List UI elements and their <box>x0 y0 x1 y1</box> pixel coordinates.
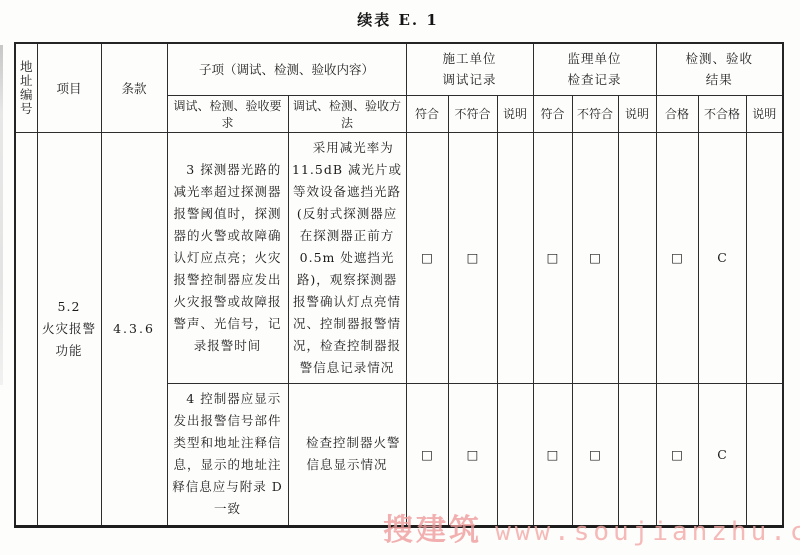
col-header-address-no: 地址编号 <box>15 43 37 132</box>
document-page: 续表 E. 1 地址编号 项目 条款 子项（调试、检测、验收内容） 施工单位 调… <box>0 0 800 555</box>
col-header-construction-nonconform: 不符合 <box>448 95 497 132</box>
construction-conform-checkbox: □ <box>406 132 448 383</box>
col-header-construction-conform: 符合 <box>406 95 448 132</box>
supervision-nonconform-checkbox: □ <box>572 132 618 383</box>
method-cell: 采用减光率为11.5dB 减光片或等效设备遮挡光路(反射式探测器应在探测器正前方… <box>288 132 406 383</box>
clause-cell: 4.3.6 <box>101 132 167 526</box>
col-header-supervision-conform: 符合 <box>533 95 572 132</box>
construction-unit-line2: 调试记录 <box>409 69 531 90</box>
supervision-note-cell <box>618 132 656 383</box>
col-header-clause: 条款 <box>101 43 167 132</box>
construction-note-cell <box>497 132 533 383</box>
supervision-unit-line1: 监理单位 <box>536 48 654 69</box>
construction-nonconform-checkbox: □ <box>448 132 497 383</box>
col-header-result-pass: 合格 <box>656 95 698 132</box>
inspection-result-line1: 检测、验收 <box>659 48 781 69</box>
col-header-result-note: 说明 <box>746 95 783 132</box>
supervision-unit-line2: 检查记录 <box>536 69 654 90</box>
watermark: 搜建筑 www.soujianzhu.cn <box>383 505 800 549</box>
construction-unit-line1: 施工单位 <box>409 48 531 69</box>
col-header-inspection-result: 检测、验收 结果 <box>656 43 783 95</box>
col-header-project: 项目 <box>37 43 101 132</box>
project-code: 5.2 <box>40 296 99 318</box>
result-pass-checkbox: □ <box>656 132 698 383</box>
watermark-url: www.soujianzhu.cn <box>495 517 800 547</box>
watermark-brand: 搜建筑 <box>383 513 482 548</box>
result-fail-mark: C <box>698 132 746 383</box>
supervision-conform-checkbox: □ <box>533 132 572 383</box>
project-cell: 5.2 火灾报警 功能 <box>37 132 101 526</box>
col-header-supervision-note: 说明 <box>618 95 656 132</box>
inspection-result-line2: 结果 <box>659 69 781 90</box>
col-header-construction-note: 说明 <box>497 95 533 132</box>
requirement-cell: 3 探测器光路的减光率超过探测器报警阈值时，探测器的火警或故障确认灯应点亮；火灾… <box>167 132 288 383</box>
result-note-cell <box>746 132 783 383</box>
col-header-supervision-nonconform: 不符合 <box>572 95 618 132</box>
requirement-cell: 4 控制器应显示发出报警信号部件类型和地址注释信息，显示的地址注释信息应与附录 … <box>167 383 288 526</box>
col-header-subitem: 子项（调试、检测、验收内容） <box>167 43 406 95</box>
table-title: 续表 E. 1 <box>14 9 782 30</box>
col-header-result-fail: 不合格 <box>698 95 746 132</box>
col-header-requirement: 调试、检测、验收要求 <box>167 95 288 132</box>
col-header-method: 调试、检测、验收方法 <box>288 95 406 132</box>
col-header-construction-unit: 施工单位 调试记录 <box>406 43 533 95</box>
col-header-supervision-unit: 监理单位 检查记录 <box>533 43 656 95</box>
project-name-line1: 火灾报警 <box>40 318 99 340</box>
address-no-cell <box>15 132 37 526</box>
acceptance-record-table: 地址编号 项目 条款 子项（调试、检测、验收内容） 施工单位 调试记录 监理单位… <box>14 42 784 528</box>
table-row-subitem-3: 5.2 火灾报警 功能 4.3.6 3 探测器光路的减光率超过探测器报警阈值时，… <box>15 132 783 383</box>
scan-artifact <box>0 45 3 385</box>
project-name-line2: 功能 <box>40 340 99 362</box>
header-row-groups: 地址编号 项目 条款 子项（调试、检测、验收内容） 施工单位 调试记录 监理单位… <box>15 43 783 95</box>
